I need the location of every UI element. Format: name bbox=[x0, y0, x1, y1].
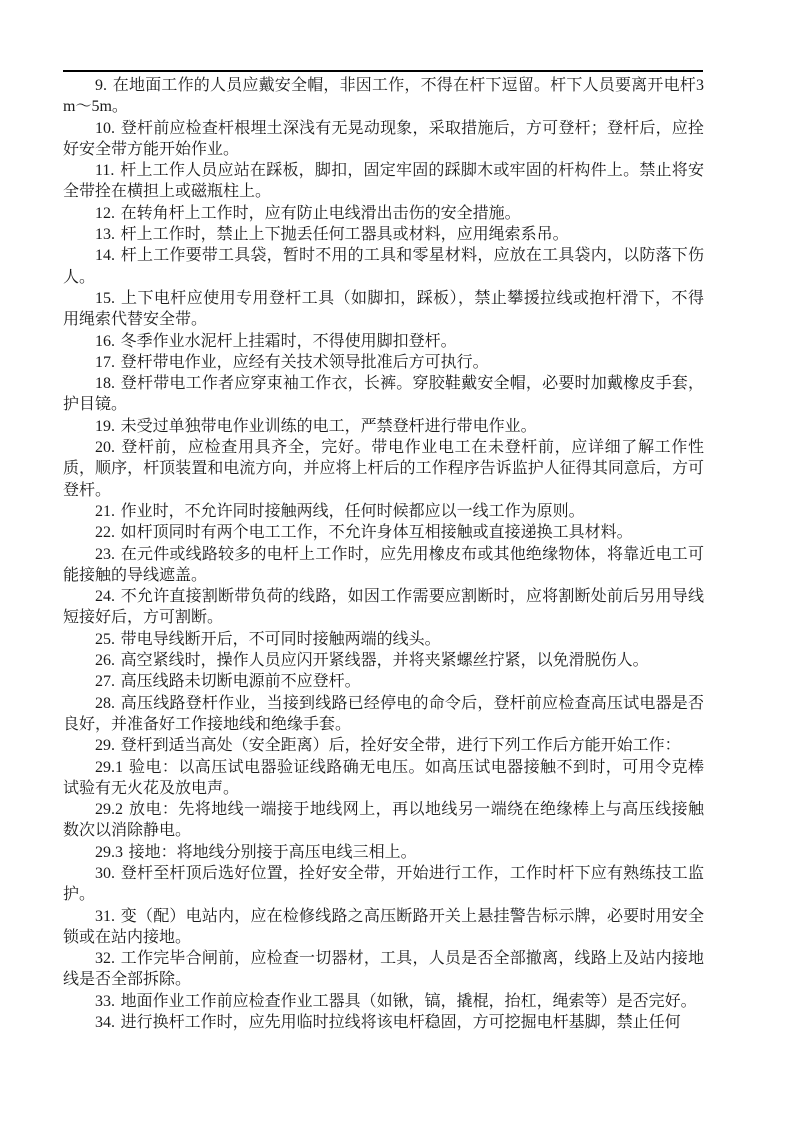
item-number: 29.3 bbox=[95, 844, 123, 861]
list-item: 29.3接地：将地线分别接于高压电线三相上。 bbox=[63, 842, 704, 863]
item-number: 30. bbox=[95, 865, 115, 882]
item-text: 未受过单独带电作业训练的电工，严禁登杆进行带电作业。 bbox=[121, 418, 537, 435]
item-number: 28. bbox=[95, 695, 115, 712]
item-text: 高压线路登杆作业，当接到线路已经停电的命令后，登杆前应检查高压试电器是否良好，并… bbox=[63, 695, 704, 733]
list-item: 15.上下电杆应使用专用登杆工具（如脚扣，踩板），禁止攀援拉线或抱杆滑下，不得用… bbox=[63, 288, 704, 331]
item-number: 21. bbox=[95, 503, 115, 520]
list-item: 10.登杆前应检查杆根埋土深浅有无晃动现象，采取措施后，方可登杆；登杆后，应拴好… bbox=[63, 118, 704, 161]
item-number: 17. bbox=[95, 354, 115, 371]
item-number: 34. bbox=[95, 1014, 115, 1031]
item-number: 29. bbox=[95, 737, 115, 754]
item-text: 登杆到适当高处（安全距离）后，拴好安全带，进行下列工作后方能开始工作： bbox=[121, 737, 681, 754]
list-item: 25.带电导线断开后，不可同时接触两端的线头。 bbox=[63, 629, 704, 650]
item-text: 变（配）电站内，应在检修线路之高压断路开关上悬挂警告标示牌，必要时用安全锁或在站… bbox=[63, 908, 704, 946]
item-number: 12. bbox=[95, 205, 115, 222]
item-number: 10. bbox=[95, 120, 115, 137]
item-number: 25. bbox=[95, 631, 115, 648]
list-item: 29.2放电：先将地线一端接于地线网上，再以地线另一端绕在绝缘棒上与高压线接触数… bbox=[63, 799, 704, 842]
item-text: 在地面工作的人员应戴安全帽，非因工作，不得在杆下逗留。杆下人员要离开电杆3m～5… bbox=[63, 77, 704, 115]
document-page: 9.在地面工作的人员应戴安全帽，非因工作，不得在杆下逗留。杆下人员要离开电杆3m… bbox=[0, 0, 793, 1122]
item-number: 20. bbox=[95, 439, 115, 456]
item-number: 33. bbox=[95, 993, 115, 1010]
list-item: 31.变（配）电站内，应在检修线路之高压断路开关上悬挂警告标示牌，必要时用安全锁… bbox=[63, 906, 704, 949]
list-item: 30.登杆至杆顶后选好位置，拴好安全带，开始进行工作，工作时杆下应有熟练技工监护… bbox=[63, 863, 704, 906]
item-text: 杆上工作人员应站在踩板，脚扣，固定牢固的踩脚木或牢固的杆构件上。禁止将安全带拴在… bbox=[63, 162, 704, 200]
item-text: 登杆带电作业，应经有关技术领导批准后方可执行。 bbox=[121, 354, 489, 371]
list-item: 18.登杆带电工作者应穿束袖工作衣，长裤。穿胶鞋戴安全帽，必要时加戴橡皮手套，护… bbox=[63, 373, 704, 416]
item-text: 登杆前应检查杆根埋土深浅有无晃动现象，采取措施后，方可登杆；登杆后，应拴好安全带… bbox=[63, 120, 704, 158]
item-text: 高压线路未切断电源前不应登杆。 bbox=[121, 673, 361, 690]
item-number: 19. bbox=[95, 418, 115, 435]
list-item: 11.杆上工作人员应站在踩板，脚扣，固定牢固的踩脚木或牢固的杆构件上。禁止将安全… bbox=[63, 160, 704, 203]
document-body: 9.在地面工作的人员应戴安全帽，非因工作，不得在杆下逗留。杆下人员要离开电杆3m… bbox=[63, 75, 704, 1033]
item-number: 15. bbox=[95, 290, 115, 307]
item-text: 杆上工作要带工具袋，暂时不用的工具和零星材料，应放在工具袋内，以防落下伤人。 bbox=[63, 247, 704, 285]
item-text: 在元件或线路较多的电杆上工作时，应先用橡皮布或其他绝缘物体，将靠近电工可能接触的… bbox=[63, 546, 704, 584]
item-text: 登杆至杆顶后选好位置，拴好安全带，开始进行工作，工作时杆下应有熟练技工监护。 bbox=[63, 865, 704, 903]
item-text: 登杆前，应检查用具齐全，完好。带电作业电工在未登杆前，应详细了解工作性质，顺序，… bbox=[63, 439, 704, 499]
header-divider bbox=[63, 70, 703, 72]
list-item: 21.作业时，不允许同时接触两线，任何时候都应以一线工作为原则。 bbox=[63, 501, 704, 522]
item-number: 16. bbox=[95, 333, 115, 350]
item-text: 高空紧线时，操作人员应闪开紧线器，并将夹紧螺丝拧紧，以免滑脱伤人。 bbox=[121, 652, 649, 669]
list-item: 28.高压线路登杆作业，当接到线路已经停电的命令后，登杆前应检查高压试电器是否良… bbox=[63, 693, 704, 736]
item-number: 27. bbox=[95, 673, 115, 690]
list-item: 29.登杆到适当高处（安全距离）后，拴好安全带，进行下列工作后方能开始工作： bbox=[63, 735, 704, 756]
item-number: 29.1 bbox=[95, 759, 123, 776]
item-number: 31. bbox=[95, 908, 115, 925]
item-number: 11. bbox=[95, 162, 114, 179]
item-number: 32. bbox=[95, 950, 115, 967]
item-text: 放电：先将地线一端接于地线网上，再以地线另一端绕在绝缘棒上与高压线接触数次以消除… bbox=[63, 801, 704, 839]
item-text: 不允许直接割断带负荷的线路，如因工作需要应割断时，应将割断处前后另用导线短接好后… bbox=[63, 588, 704, 626]
item-text: 如杆顶同时有两个电工工作，不允许身体互相接触或直接递换工具材料。 bbox=[121, 524, 633, 541]
list-item: 13.杆上工作时，禁止上下抛丢任何工器具或材料，应用绳索系吊。 bbox=[63, 224, 704, 245]
item-number: 29.2 bbox=[95, 801, 123, 818]
list-item: 24.不允许直接割断带负荷的线路，如因工作需要应割断时，应将割断处前后另用导线短… bbox=[63, 586, 704, 629]
item-text: 接地：将地线分别接于高压电线三相上。 bbox=[129, 844, 417, 861]
item-number: 9. bbox=[95, 77, 107, 94]
item-number: 13. bbox=[95, 226, 115, 243]
item-text: 进行换杆工作时，应先用临时拉线将该电杆稳固，方可挖掘电杆基脚，禁止任何 bbox=[121, 1014, 681, 1031]
item-text: 登杆带电工作者应穿束袖工作衣，长裤。穿胶鞋戴安全帽，必要时加戴橡皮手套，护目镜。 bbox=[63, 375, 704, 413]
list-item: 12.在转角杆上工作时，应有防止电线滑出击伤的安全措施。 bbox=[63, 203, 704, 224]
list-item: 27.高压线路未切断电源前不应登杆。 bbox=[63, 671, 704, 692]
list-item: 29.1验电：以高压试电器验证线路确无电压。如高压试电器接触不到时，可用令克棒试… bbox=[63, 757, 704, 800]
list-item: 22.如杆顶同时有两个电工工作，不允许身体互相接触或直接递换工具材料。 bbox=[63, 522, 704, 543]
item-text: 在转角杆上工作时，应有防止电线滑出击伤的安全措施。 bbox=[121, 205, 521, 222]
list-item: 26.高空紧线时，操作人员应闪开紧线器，并将夹紧螺丝拧紧，以免滑脱伤人。 bbox=[63, 650, 704, 671]
item-number: 18. bbox=[95, 375, 115, 392]
item-number: 26. bbox=[95, 652, 115, 669]
list-item: 14.杆上工作要带工具袋，暂时不用的工具和零星材料，应放在工具袋内，以防落下伤人… bbox=[63, 245, 704, 288]
list-item: 32.工作完毕合闸前，应检查一切器材，工具，人员是否全部撤离，线路上及站内接地线… bbox=[63, 948, 704, 991]
list-item: 17.登杆带电作业，应经有关技术领导批准后方可执行。 bbox=[63, 352, 704, 373]
item-number: 22. bbox=[95, 524, 115, 541]
item-text: 验电：以高压试电器验证线路确无电压。如高压试电器接触不到时，可用令克棒试验有无火… bbox=[63, 759, 704, 797]
list-item: 19.未受过单独带电作业训练的电工，严禁登杆进行带电作业。 bbox=[63, 416, 704, 437]
list-item: 16.冬季作业水泥杆上挂霜时，不得使用脚扣登杆。 bbox=[63, 331, 704, 352]
item-text: 杆上工作时，禁止上下抛丢任何工器具或材料，应用绳索系吊。 bbox=[121, 226, 569, 243]
list-item: 9.在地面工作的人员应戴安全帽，非因工作，不得在杆下逗留。杆下人员要离开电杆3m… bbox=[63, 75, 704, 118]
list-item: 20.登杆前，应检查用具齐全，完好。带电作业电工在未登杆前，应详细了解工作性质，… bbox=[63, 437, 704, 501]
list-item: 23.在元件或线路较多的电杆上工作时，应先用橡皮布或其他绝缘物体，将靠近电工可能… bbox=[63, 544, 704, 587]
list-item: 34.进行换杆工作时，应先用临时拉线将该电杆稳固，方可挖掘电杆基脚，禁止任何 bbox=[63, 1012, 704, 1033]
item-text: 上下电杆应使用专用登杆工具（如脚扣，踩板），禁止攀援拉线或抱杆滑下，不得用绳索代… bbox=[63, 290, 704, 328]
item-number: 24. bbox=[95, 588, 115, 605]
item-text: 冬季作业水泥杆上挂霜时，不得使用脚扣登杆。 bbox=[121, 333, 457, 350]
list-item: 33.地面作业工作前应检查作业工器具（如锹，镐，撬棍，抬杠，绳索等）是否完好。 bbox=[63, 991, 704, 1012]
item-number: 14. bbox=[95, 247, 115, 264]
item-text: 带电导线断开后，不可同时接触两端的线头。 bbox=[121, 631, 441, 648]
item-text: 地面作业工作前应检查作业工器具（如锹，镐，撬棍，抬杠，绳索等）是否完好。 bbox=[121, 993, 697, 1010]
item-text: 作业时，不允许同时接触两线，任何时候都应以一线工作为原则。 bbox=[121, 503, 585, 520]
item-text: 工作完毕合闸前，应检查一切器材，工具，人员是否全部撤离，线路上及站内接地线是否全… bbox=[63, 950, 704, 988]
item-number: 23. bbox=[95, 546, 115, 563]
